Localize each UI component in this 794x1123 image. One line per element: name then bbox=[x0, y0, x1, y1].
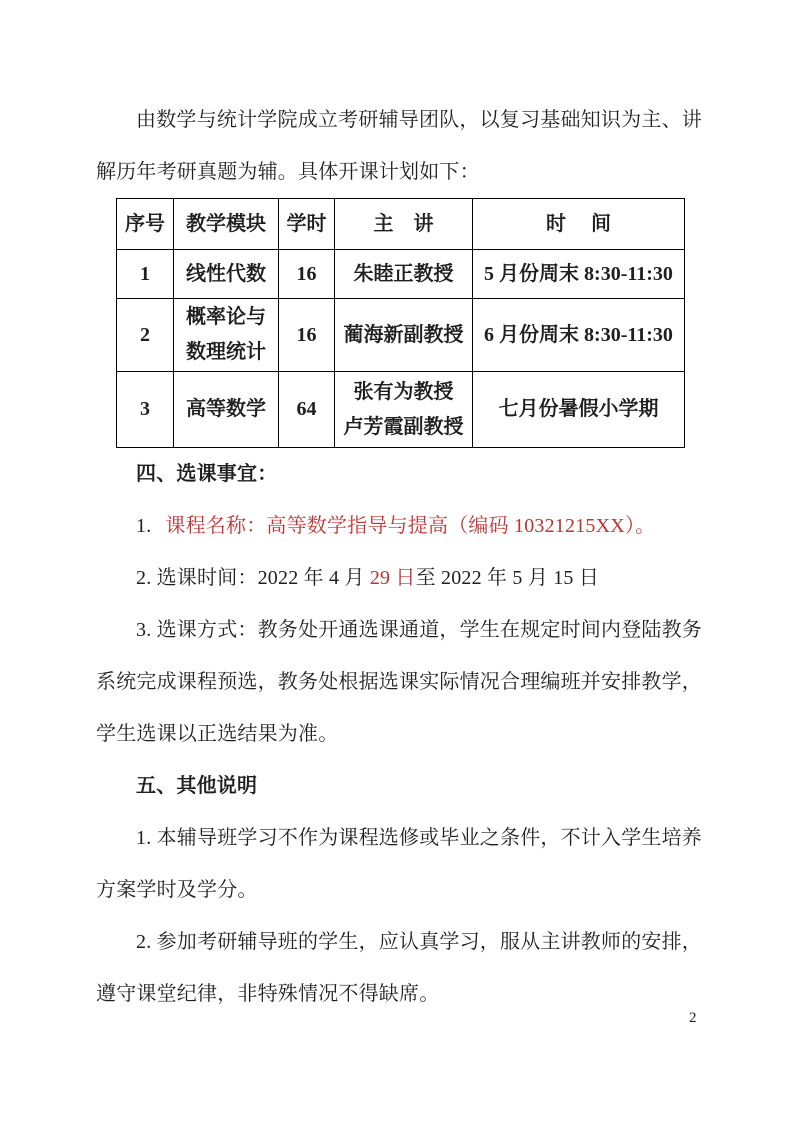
page-number: 2 bbox=[689, 1008, 697, 1028]
cell-time: 6 月份周末 8:30-11:30 bbox=[473, 299, 685, 372]
table-header-row: 序号 教学模块 学时 主 讲 时 间 bbox=[117, 199, 685, 250]
cell-time: 七月份暑假小学期 bbox=[473, 372, 685, 448]
col-header-index: 序号 bbox=[117, 199, 174, 250]
cell-lecturer: 张有为教授 卢芳霞副教授 bbox=[335, 372, 473, 448]
section4-item1-number: 1. bbox=[136, 515, 151, 537]
section4-item3: 3. 选课方式：教务处开通选课通道，学生在规定时间内登陆教务系统完成课程预选，教… bbox=[96, 604, 702, 760]
section4-item2: 2. 选课时间：2022 年 4 月 29 日至 2022 年 5 月 15 日 bbox=[96, 552, 702, 604]
course-schedule-table: 序号 教学模块 学时 主 讲 时 间 1 线性代数 16 朱睦正教授 5 月份周… bbox=[116, 198, 685, 448]
col-header-lecturer: 主 讲 bbox=[335, 199, 473, 250]
section4-item1-course-name: 课程名称：高等数学指导与提高（编码 10321215XX）。 bbox=[165, 515, 655, 537]
cell-lecturer: 朱睦正教授 bbox=[335, 250, 473, 299]
section4-heading: 四、选课事宜： bbox=[96, 448, 702, 500]
cell-index: 3 bbox=[117, 372, 174, 448]
table-row: 3 高等数学 64 张有为教授 卢芳霞副教授 七月份暑假小学期 bbox=[117, 372, 685, 448]
cell-module: 线性代数 bbox=[174, 250, 279, 299]
table-row: 2 概率论与 数理统计 16 蔺海新副教授 6 月份周末 8:30-11:30 bbox=[117, 299, 685, 372]
section4-item2-text-before: 2. 选课时间：2022 年 4 月 bbox=[136, 567, 370, 589]
cell-module: 高等数学 bbox=[174, 372, 279, 448]
section4-item1: 1.课程名称：高等数学指导与提高（编码 10321215XX）。 bbox=[96, 500, 702, 552]
cell-time: 5 月份周末 8:30-11:30 bbox=[473, 250, 685, 299]
cell-lecturer: 蔺海新副教授 bbox=[335, 299, 473, 372]
section5-item1: 1. 本辅导班学习不作为课程选修或毕业之条件，不计入学生培养方案学时及学分。 bbox=[96, 812, 702, 916]
section5-item2: 2. 参加考研辅导班的学生，应认真学习，服从主讲教师的安排，遵守课堂纪律，非特殊… bbox=[96, 916, 702, 1020]
col-header-module: 教学模块 bbox=[174, 199, 279, 250]
cell-module: 概率论与 数理统计 bbox=[174, 299, 279, 372]
cell-index: 2 bbox=[117, 299, 174, 372]
table-row: 1 线性代数 16 朱睦正教授 5 月份周末 8:30-11:30 bbox=[117, 250, 685, 299]
col-header-hours: 学时 bbox=[279, 199, 335, 250]
cell-hours: 64 bbox=[279, 372, 335, 448]
section4-item2-highlighted-date: 29 日 bbox=[370, 567, 416, 589]
cell-hours: 16 bbox=[279, 299, 335, 372]
cell-index: 1 bbox=[117, 250, 174, 299]
section5-heading: 五、其他说明 bbox=[96, 760, 702, 812]
intro-paragraph: 由数学与统计学院成立考研辅导团队，以复习基础知识为主、讲解历年考研真题为辅。具体… bbox=[96, 94, 702, 198]
document-content: 由数学与统计学院成立考研辅导团队，以复习基础知识为主、讲解历年考研真题为辅。具体… bbox=[96, 94, 702, 1020]
section4-item2-text-after: 至 2022 年 5 月 15 日 bbox=[416, 567, 599, 589]
cell-hours: 16 bbox=[279, 250, 335, 299]
col-header-time: 时 间 bbox=[473, 199, 685, 250]
document-page: 由数学与统计学院成立考研辅导团队，以复习基础知识为主、讲解历年考研真题为辅。具体… bbox=[0, 0, 794, 1123]
